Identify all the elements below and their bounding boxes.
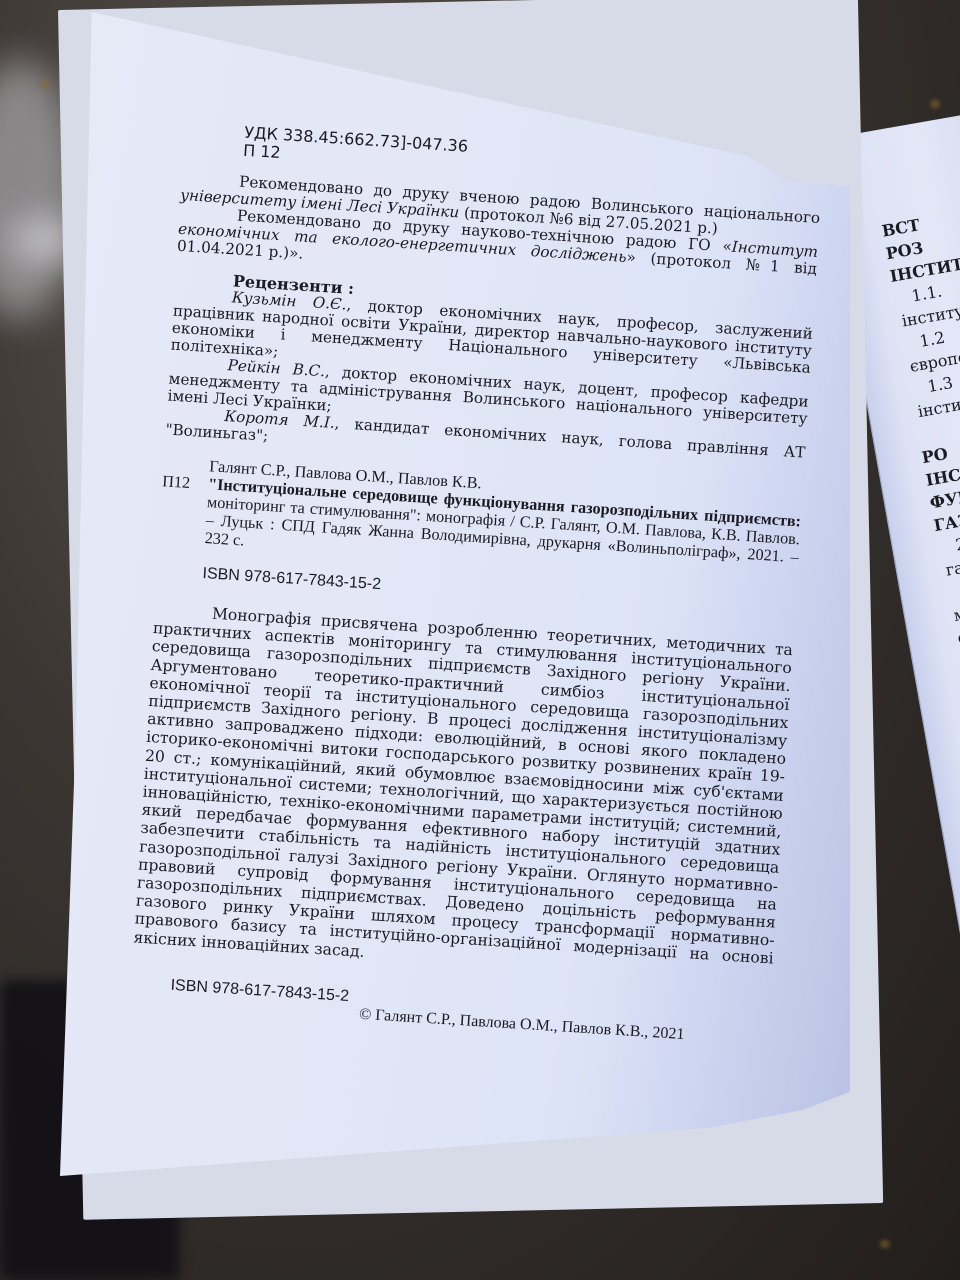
abstract: Монографія присвячена розробленню теорет… (133, 601, 793, 986)
background-leaf (40, 80, 50, 88)
background-leaf (880, 1240, 890, 1248)
bibliographic-record: Галянт С.Р., Павлова О.М., Павлов К.В. П… (158, 454, 802, 584)
background-leaf (930, 100, 940, 108)
bibliographic-code: П12 (158, 472, 208, 547)
imprint-page-content: УДК 338.45:662.73]-047.36 П 12 Рекомендо… (129, 120, 824, 1048)
